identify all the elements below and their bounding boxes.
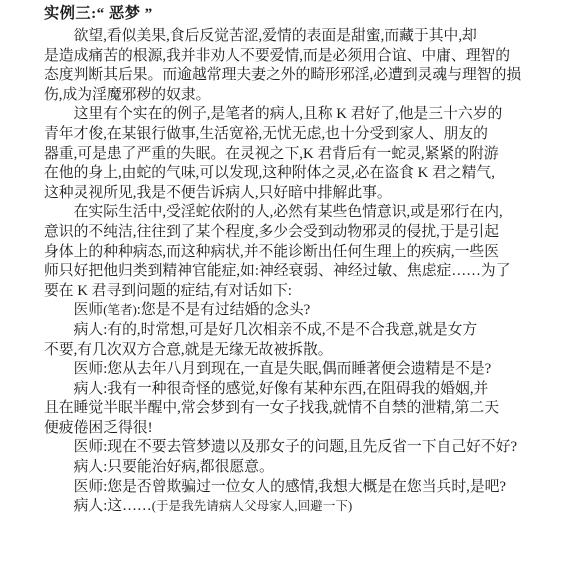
text-block: 实例三:“ 恶梦 ” 欲望,看似美果,食后反觉苦涩,爱情的表面是甜蜜,而藏于其中… xyxy=(44,4,574,517)
body-text: 欲望,看似美果,食后反觉苦涩,爱情的表面是甜蜜,而藏于其中,却是造成痛苦的根源,… xyxy=(44,27,574,517)
line-text: 医师:您从去年八月到现在,一直是失眠,偶而睡著便会遗精是不是? xyxy=(74,361,492,377)
line-text: 伤,成为淫魔邪秽的奴隶。 xyxy=(44,87,210,103)
line-text: 师只好把他归类到精神官能症,如:神经衰弱、神经过敏、焦虑症……为了 xyxy=(44,263,511,279)
text-line: 医师:您从去年八月到现在,一直是失眠,偶而睡著便会遗精是不是? xyxy=(44,360,574,380)
line-text: 便疲倦困乏得很! xyxy=(44,420,153,436)
annotation-text: (于是我先请病人父母家人,回避一下) xyxy=(152,499,352,513)
line-text: 病人:我有一种很奇怪的感觉,好像有某种东西,在阻碍我的婚姻,并 xyxy=(74,381,489,397)
line-text: 在实际生活中,受淫蛇依附的人,必然有某些色情意识,或是邪行在内, xyxy=(74,204,503,220)
line-text: 医师:现在不要去管梦遗以及那女子的问题,且先反省一下自己好不好? xyxy=(74,439,518,455)
text-line: 身体上的种种病态,而这种病状,并不能诊断出任何生理上的疾病,一些医 xyxy=(44,243,574,263)
document-page: 实例三:“ 恶梦 ” 欲望,看似美果,食后反觉苦涩,爱情的表面是甜蜜,而藏于其中… xyxy=(0,0,580,571)
text-line: 伤,成为淫魔邪秽的奴隶。 xyxy=(44,86,574,106)
section-title: 实例三:“ 恶梦 ” xyxy=(44,4,574,24)
line-text: 医师:您是否曾欺骗过一位女人的感情,我想大概是在您当兵时,是吧? xyxy=(74,479,506,495)
text-line: 要在 K 君寻到问题的症结,有对话如下: xyxy=(44,282,574,302)
line-text: 欲望,看似美果,食后反觉苦涩,爱情的表面是甜蜜,而藏于其中,却 xyxy=(74,28,477,44)
line-text: 青年才俊,在某银行做事,生活宽裕,无忧无虑,也十分受到家人、朋友的 xyxy=(44,126,488,142)
line-text: 意识的不纯洁,往往到了某个程度,多少会受到动物邪灵的侵扰,于是引起 xyxy=(44,224,499,240)
line-text: 器重,可是患了严重的失眠。在灵视之下,K 君背后有一蛇灵,紧紧的附游 xyxy=(44,146,499,162)
text-line: 医师:您是否曾欺骗过一位女人的感情,我想大概是在您当兵时,是吧? xyxy=(44,478,574,498)
text-line: 是造成痛苦的根源,我并非劝人不要爱情,而是必须用合谊、中庸、理智的 xyxy=(44,47,574,67)
line-text: 这种灵视所见,我是不便告诉病人,只好暗中排解此事。 xyxy=(44,185,392,201)
text-line: 师只好把他归类到精神官能症,如:神经衰弱、神经过敏、焦虑症……为了 xyxy=(44,262,574,282)
line-text: 病人:有的,时常想,可是好几次相亲不成,不是不合我意,就是女方 xyxy=(74,322,478,338)
text-line: 且在睡觉半眠半醒中,常会梦到有一女子找我,就情不自禁的泄精,第二天 xyxy=(44,399,574,419)
text-line: 不要,有几次双方合意,就是无缘无故被拆散。 xyxy=(44,341,574,361)
annotation-text: (笔者) xyxy=(103,303,137,317)
text-line: 病人:这……(于是我先请病人父母家人,回避一下) xyxy=(44,497,574,517)
text-line: 态度判断其后果。而逾越常理夫妻之外的畸形邪淫,必遭到灵魂与理智的损 xyxy=(44,66,574,86)
text-line: 青年才俊,在某银行做事,生活宽裕,无忧无虑,也十分受到家人、朋友的 xyxy=(44,125,574,145)
line-text: 是造成痛苦的根源,我并非劝人不要爱情,而是必须用合谊、中庸、理智的 xyxy=(44,48,510,64)
text-line: 医师:现在不要去管梦遗以及那女子的问题,且先反省一下自己好不好? xyxy=(44,438,574,458)
line-text: :您是不是有过结婚的念头? xyxy=(137,302,310,318)
text-line: 病人:我有一种很奇怪的感觉,好像有某种东西,在阻碍我的婚姻,并 xyxy=(44,380,574,400)
text-line: 意识的不纯洁,往往到了某个程度,多少会受到动物邪灵的侵扰,于是引起 xyxy=(44,223,574,243)
text-line: 医师(笔者):您是不是有过结婚的念头? xyxy=(44,301,574,321)
text-line: 在他的身上,由蛇的气味,可以发现,这种附体之灵,必在盗食 K 君之精气, xyxy=(44,164,574,184)
text-line: 器重,可是患了严重的失眠。在灵视之下,K 君背后有一蛇灵,紧紧的附游 xyxy=(44,145,574,165)
line-text: 病人:只要能治好病,都很愿意。 xyxy=(74,459,274,475)
line-text: 身体上的种种病态,而这种病状,并不能诊断出任何生理上的疾病,一些医 xyxy=(44,244,499,260)
line-text: 要在 K 君寻到问题的症结,有对话如下: xyxy=(44,283,292,299)
text-line: 在实际生活中,受淫蛇依附的人,必然有某些色情意识,或是邪行在内, xyxy=(44,203,574,223)
line-text: 医师 xyxy=(74,302,104,318)
line-text: 这里有个实在的例子,是笔者的病人,且称 K 君好了,他是三十六岁的 xyxy=(74,106,503,122)
text-line: 这里有个实在的例子,是笔者的病人,且称 K 君好了,他是三十六岁的 xyxy=(44,105,574,125)
text-line: 这种灵视所见,我是不便告诉病人,只好暗中排解此事。 xyxy=(44,184,574,204)
text-line: 病人:有的,时常想,可是好几次相亲不成,不是不合我意,就是女方 xyxy=(44,321,574,341)
line-text: 不要,有几次双方合意,就是无缘无故被拆散。 xyxy=(44,342,333,358)
text-line: 欲望,看似美果,食后反觉苦涩,爱情的表面是甜蜜,而藏于其中,却 xyxy=(44,27,574,47)
line-text: 在他的身上,由蛇的气味,可以发现,这种附体之灵,必在盗食 K 君之精气, xyxy=(44,165,495,181)
text-line: 便疲倦困乏得很! xyxy=(44,419,574,439)
text-line: 病人:只要能治好病,都很愿意。 xyxy=(44,458,574,478)
line-text: 态度判断其后果。而逾越常理夫妻之外的畸形邪淫,必遭到灵魂与理智的损 xyxy=(44,67,521,83)
line-text: 病人:这…… xyxy=(74,498,152,514)
line-text: 且在睡觉半眠半醒中,常会梦到有一女子找我,就情不自禁的泄精,第二天 xyxy=(44,400,499,416)
